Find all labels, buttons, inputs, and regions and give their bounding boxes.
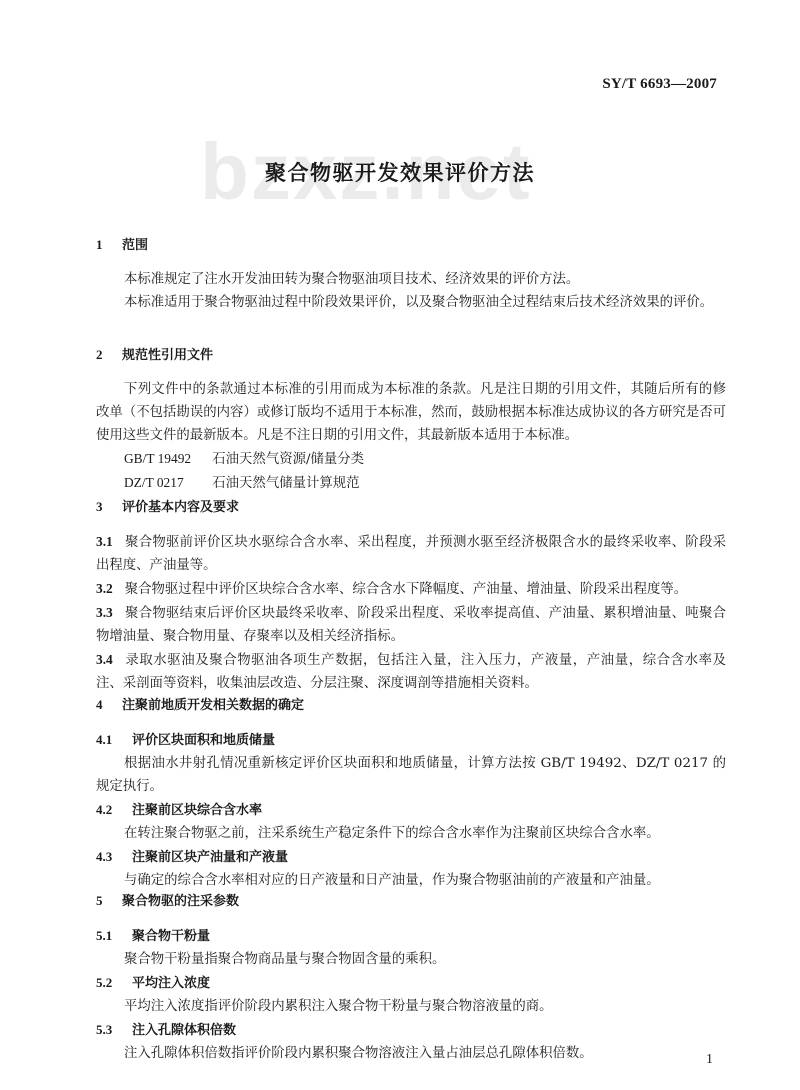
paragraph: 本标准适用于聚合物驱油过程中阶段效果评价，以及聚合物驱油全过程结束后技术经济效果… <box>96 291 726 314</box>
section-1: 1范围 本标准规定了注水开发油田转为聚合物驱油项目技术、经济效果的评价方法。 本… <box>96 233 726 314</box>
document-page: bzxz.net SY/T 6693—2007 聚合物驱开发效果评价方法 1范围… <box>0 0 800 1090</box>
paragraph: 平均注入浓度指评价阶段内累积注入聚合物干粉量与聚合物溶液量的商。 <box>96 995 726 1018</box>
section-heading: 1范围 <box>96 233 726 257</box>
section-heading: 3评价基本内容及要求 <box>96 495 726 519</box>
reference-code: DZ/T 0217 <box>124 471 208 494</box>
section-3: 3评价基本内容及要求 3.1聚合物驱前评价区块水驱综合含水率、采出程度，并预测水… <box>96 495 726 695</box>
subsection-heading: 5.1聚合物干粉量 <box>96 924 726 948</box>
section-number: 5 <box>96 889 122 912</box>
section-title: 规范性引用文件 <box>122 348 213 363</box>
subsection-title: 注聚前区块综合含水率 <box>132 803 262 818</box>
subsection-number: 4.2 <box>96 798 132 821</box>
subsection-number: 5.1 <box>96 924 132 947</box>
subsection-heading: 4.2注聚前区块综合含水率 <box>96 798 726 822</box>
reference-title: 石油天然气资源/储量分类 <box>212 452 364 467</box>
section-title: 评价基本内容及要求 <box>122 500 239 515</box>
subsection-heading: 4.3注聚前区块产油量和产液量 <box>96 845 726 869</box>
reference-item: GB/T 19492 石油天然气资源/储量分类 <box>96 447 726 471</box>
section-number: 3 <box>96 495 122 518</box>
clause: 3.1聚合物驱前评价区块水驱综合含水率、采出程度，并预测水驱至经济极限含水的最终… <box>96 530 726 577</box>
section-number: 2 <box>96 343 122 366</box>
clause-number: 3.3 <box>96 605 113 620</box>
clause-number: 3.4 <box>96 652 113 667</box>
section-title: 注聚前地质开发相关数据的确定 <box>122 698 304 713</box>
subsection-heading: 5.3注入孔隙体积倍数 <box>96 1018 726 1042</box>
section-2: 2规范性引用文件 下列文件中的条款通过本标准的引用而成为本标准的条款。凡是注日期… <box>96 343 726 495</box>
reference-item: DZ/T 0217 石油天然气储量计算规范 <box>96 471 726 495</box>
paragraph: 本标准规定了注水开发油田转为聚合物驱油项目技术、经济效果的评价方法。 <box>96 268 726 291</box>
page-number: 1 <box>706 1052 713 1068</box>
subsection-heading: 5.2平均注入浓度 <box>96 971 726 995</box>
section-number: 4 <box>96 693 122 716</box>
clause-text: 聚合物驱过程中评价区块综合含水率、综合含水下降幅度、产油量、增油量、阶段采出程度… <box>125 582 687 597</box>
reference-code: GB/T 19492 <box>124 447 208 470</box>
clause-text: 聚合物驱前评价区块水驱综合含水率、采出程度，并预测水驱至经济极限含水的最终采收率… <box>96 535 726 573</box>
paragraph: 在转注聚合物驱之前，注采系统生产稳定条件下的综合含水率作为注聚前区块综合含水率。 <box>96 822 726 845</box>
section-heading: 2规范性引用文件 <box>96 343 726 367</box>
subsection-title: 注聚前区块产油量和产液量 <box>132 850 288 865</box>
paragraph: 下列文件中的条款通过本标准的引用而成为本标准的条款。凡是注日期的引用文件，其随后… <box>96 378 726 447</box>
subsection-number: 4.3 <box>96 845 132 868</box>
clause-number: 3.2 <box>96 581 113 596</box>
document-title: 聚合物驱开发效果评价方法 <box>0 157 800 187</box>
subsection-title: 平均注入浓度 <box>132 976 210 991</box>
subsection-number: 5.3 <box>96 1018 132 1041</box>
section-title: 范围 <box>122 238 148 253</box>
paragraph: 根据油水井射孔情况重新核定评价区块面积和地质储量，计算方法按 GB/T 1949… <box>96 752 726 798</box>
subsection-title: 注入孔隙体积倍数 <box>132 1023 236 1038</box>
paragraph: 聚合物干粉量指聚合物商品量与聚合物固含量的乘积。 <box>96 948 726 971</box>
clause-number: 3.1 <box>96 534 113 549</box>
section-title: 聚合物驱的注采参数 <box>122 894 239 909</box>
reference-title: 石油天然气储量计算规范 <box>212 476 359 491</box>
subsection-title: 聚合物干粉量 <box>132 929 210 944</box>
clause: 3.2聚合物驱过程中评价区块综合含水率、综合含水下降幅度、产油量、增油量、阶段采… <box>96 577 726 601</box>
section-heading: 5聚合物驱的注采参数 <box>96 889 726 913</box>
clause: 3.4录取水驱油及聚合物驱油各项生产数据，包括注入量，注入压力，产液量，产油量，… <box>96 648 726 695</box>
subsection-number: 4.1 <box>96 728 132 751</box>
section-5: 5聚合物驱的注采参数 5.1聚合物干粉量 聚合物干粉量指聚合物商品量与聚合物固含… <box>96 889 726 1065</box>
section-heading: 4注聚前地质开发相关数据的确定 <box>96 693 726 717</box>
section-number: 1 <box>96 233 122 256</box>
section-4: 4注聚前地质开发相关数据的确定 4.1评价区块面积和地质储量 根据油水井射孔情况… <box>96 693 726 892</box>
subsection-number: 5.2 <box>96 971 132 994</box>
clause-text: 录取水驱油及聚合物驱油各项生产数据，包括注入量，注入压力，产液量，产油量，综合含… <box>96 653 726 691</box>
paragraph: 注入孔隙体积倍数指评价阶段内累积聚合物溶液注入量占油层总孔隙体积倍数。 <box>96 1042 726 1065</box>
standard-number: SY/T 6693—2007 <box>602 76 717 93</box>
subsection-heading: 4.1评价区块面积和地质储量 <box>96 728 726 752</box>
subsection-title: 评价区块面积和地质储量 <box>132 733 275 748</box>
clause-text: 聚合物驱结束后评价区块最终采收率、阶段采出程度、采收率提高值、产油量、累积增油量… <box>96 606 726 644</box>
clause: 3.3聚合物驱结束后评价区块最终采收率、阶段采出程度、采收率提高值、产油量、累积… <box>96 601 726 648</box>
